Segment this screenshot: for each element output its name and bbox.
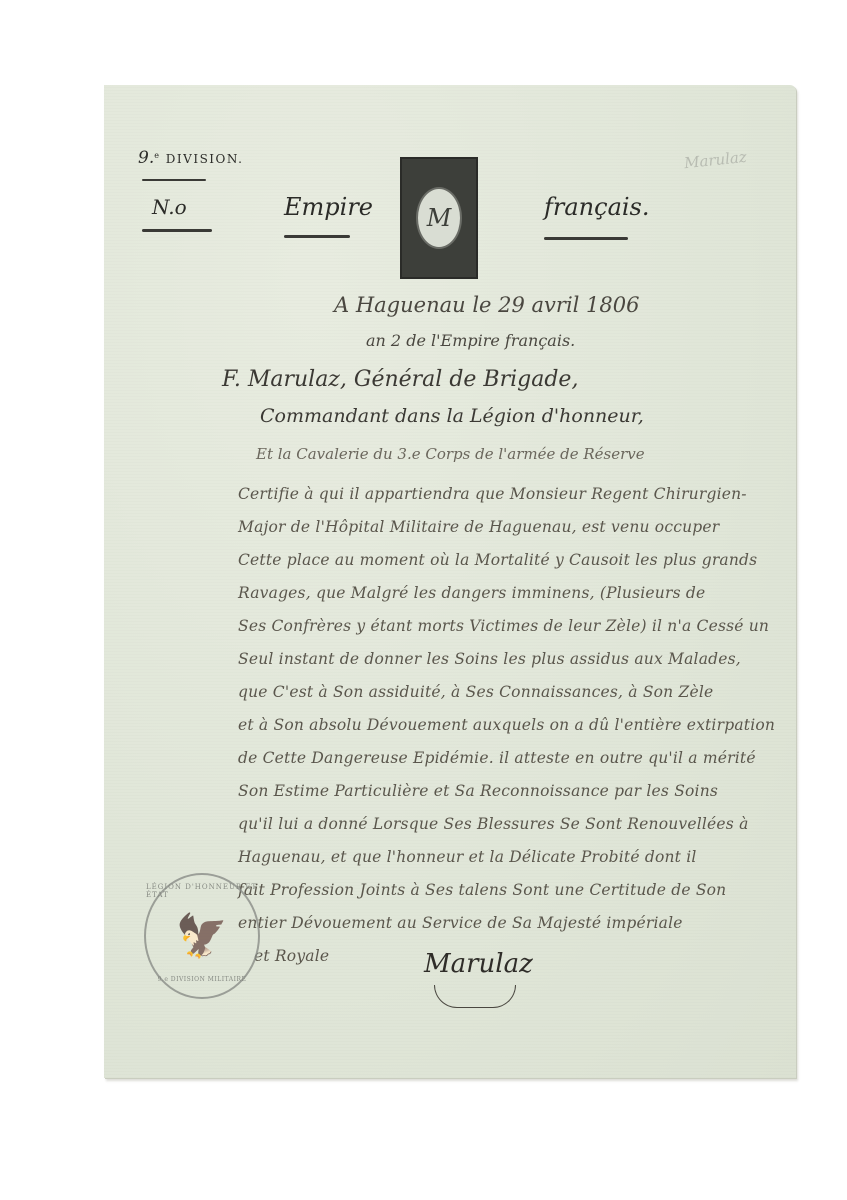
- body-line: et Royale: [254, 947, 329, 965]
- issuer-command: Et la Cavalerie du 3.e Corps de l'armée …: [256, 445, 645, 463]
- signature-flourish: [434, 985, 516, 1008]
- issuer-title: Commandant dans la Légion d'honneur,: [260, 405, 644, 427]
- signature: Marulaz: [424, 949, 533, 979]
- place-date: A Haguenau le 29 avril 1806: [334, 293, 640, 317]
- body-line: Major de l'Hôpital Militaire de Haguenau…: [238, 518, 719, 536]
- body-line: qu'il lui a donné Lorsque Ses Blessures …: [238, 815, 749, 833]
- monogram-icon: M: [416, 187, 462, 249]
- title-francais: français.: [544, 193, 650, 221]
- body-line: Son Estime Particulière et Sa Reconnoiss…: [238, 782, 718, 800]
- body-line: entier Dévouement au Service de Sa Majes…: [238, 914, 683, 932]
- issuer-name-rank: F. Marulaz, Général de Brigade,: [222, 367, 578, 392]
- body-line: Haguenau, et que l'honneur et la Délicat…: [238, 848, 697, 866]
- division-suffix: e: [154, 151, 160, 160]
- number-label: N.o: [152, 195, 187, 219]
- stamp-ring-text: LÉGION D'HONNEUR ET ÉTAT: [146, 883, 258, 899]
- body-line: Ravages, que Malgré les dangers imminens…: [238, 584, 705, 602]
- pencil-annotation: Marulaz: [683, 148, 747, 172]
- body-line: et à Son absolu Dévouement auxquels on a…: [238, 716, 775, 734]
- division-heading: 9.e DIVISION.: [138, 148, 243, 168]
- stamp-bottom-text: 9.e DIVISION MILITAIRE: [158, 976, 247, 983]
- document-page: 9.e DIVISION. N.o Empire M français. Mar…: [104, 85, 796, 1078]
- body-line: de Cette Dangereuse Epidémie. il atteste…: [238, 749, 756, 767]
- body-line: Certifie à qui il appartiendra que Monsi…: [238, 485, 747, 503]
- division-label: DIVISION.: [166, 152, 244, 166]
- body-line: fait Profession Joints à Ses talens Sont…: [238, 881, 726, 899]
- body-line: Seul instant de donner les Soins les plu…: [238, 650, 741, 668]
- body-line: Ses Confrères y étant morts Victimes de …: [238, 617, 769, 635]
- ornament-brace: [544, 237, 628, 240]
- ornament-brace: [284, 235, 350, 238]
- regnal-year: an 2 de l'Empire français.: [366, 331, 575, 350]
- title-empire: Empire: [284, 193, 373, 221]
- body-line: Cette place au moment où la Mortalité y …: [238, 551, 757, 569]
- ornament-divider: [142, 179, 206, 181]
- official-seal-stamp: LÉGION D'HONNEUR ET ÉTAT 🦅 9.e DIVISION …: [144, 873, 260, 999]
- eagle-icon: 🦅: [176, 911, 228, 961]
- body-line: que C'est à Son assiduité, à Ses Connais…: [238, 683, 713, 701]
- division-number: 9.: [138, 148, 154, 168]
- ornament-brace: [142, 229, 212, 232]
- imperial-vignette: M: [400, 157, 478, 279]
